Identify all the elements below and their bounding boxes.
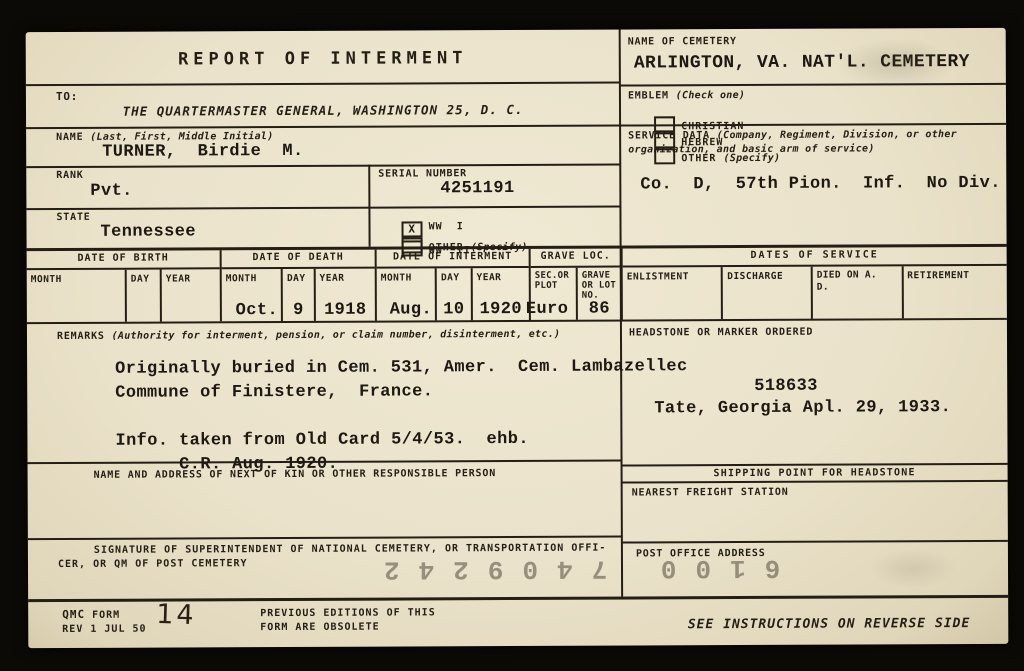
reverse-side-instructions: SEE INSTRUCTIONS ON REVERSE SIDE bbox=[478, 616, 970, 633]
col-label: DIED ON A. D. bbox=[813, 266, 902, 293]
shipping-bottom-line bbox=[622, 480, 1008, 484]
remarks-label: REMARKS (Authority for interment, pensio… bbox=[57, 328, 622, 344]
to-value: THE QUARTERMASTER GENERAL, WASHINGTON 25… bbox=[26, 102, 620, 120]
scan-smudge bbox=[868, 548, 958, 588]
col-label: ENLISTMENT bbox=[623, 267, 722, 283]
col-label: MONTH bbox=[27, 270, 125, 286]
signature-label-line2: CER, OR QM OF POST CEMETERY bbox=[58, 557, 248, 571]
col-value: 10 bbox=[437, 300, 471, 319]
rank-row-underline bbox=[26, 206, 620, 211]
service-data-value: Co. D, 57th Pion. Inf. No Div. bbox=[640, 174, 1001, 195]
date-of-death-header: DATE OF DEATH bbox=[222, 250, 375, 270]
headstone-order-place-date: Tate, Georgia Apl. 29, 1933. bbox=[654, 398, 951, 418]
form-id-bold: QMC bbox=[62, 608, 85, 621]
date-of-birth-section: DATE OF BIRTH MONTH DAY YEAR bbox=[27, 250, 220, 322]
col-value: 1920 bbox=[473, 300, 529, 319]
date-of-interment-header: DATE OF INTERMENT bbox=[377, 249, 529, 269]
obsolete-line1: PREVIOUS EDITIONS OF THIS bbox=[260, 606, 436, 621]
serial-number-value: 4251191 bbox=[440, 179, 514, 198]
col-value: Aug. bbox=[377, 300, 435, 319]
rank-label: RANK bbox=[56, 169, 83, 182]
form-id-rest: FORM bbox=[85, 610, 120, 621]
handwritten-form-number: 14 bbox=[156, 599, 197, 631]
col-label: YEAR bbox=[162, 269, 220, 285]
to-row-underline bbox=[26, 125, 620, 130]
obsolete-line2: FORM ARE OBSOLETE bbox=[260, 620, 436, 635]
state-label: STATE bbox=[56, 211, 90, 224]
headstone-order-number: 518633 bbox=[754, 377, 818, 396]
state-value: Tennessee bbox=[100, 222, 196, 241]
col-label: DAY bbox=[127, 270, 160, 286]
col-label: YEAR bbox=[472, 268, 528, 284]
emblem-label-text: EMBLEM bbox=[628, 90, 676, 101]
page-title: REPORT OF INTERMENT bbox=[26, 48, 620, 71]
rank-serial-divider bbox=[368, 165, 370, 247]
col-value: 9 bbox=[283, 301, 314, 320]
col-label: MONTH bbox=[222, 269, 281, 285]
grave-loc-header: GRAVE LOC. bbox=[531, 249, 621, 268]
name-row-underline bbox=[26, 164, 620, 169]
cemetery-underline bbox=[620, 83, 1006, 87]
remarks-label-italic: (Authority for interment, pension, or cl… bbox=[112, 329, 561, 342]
rank-value: Pvt. bbox=[90, 182, 133, 201]
col-label: DAY bbox=[283, 269, 314, 285]
dates-table: DATE OF BIRTH MONTH DAY YEAR DATE OF DEA… bbox=[27, 244, 1007, 324]
date-of-interment-section: DATE OF INTERMENT MONTHAug. DAY10 YEAR19… bbox=[375, 249, 529, 321]
form-id-block: QMC FORM REV 1 JUL 50 bbox=[62, 608, 146, 637]
col-value: Euro bbox=[526, 300, 576, 319]
name-label-italic: (Last, First, Middle Initial) bbox=[90, 131, 273, 143]
form-rev: REV 1 JUL 50 bbox=[62, 623, 146, 637]
interment-report-card: REPORT OF INTERMENT TO: THE QUARTERMASTE… bbox=[26, 28, 1009, 648]
service-data-label-text: SERVICE DATA bbox=[628, 130, 717, 141]
col-label: MONTH bbox=[377, 268, 435, 284]
col-label: GRAVE OR LOT NO. bbox=[578, 268, 621, 301]
col-value: 86 bbox=[578, 300, 621, 319]
emblem-label-italic: (Check one) bbox=[676, 90, 746, 101]
remarks-label-text: REMARKS bbox=[57, 331, 112, 342]
col-label: DISCHARGE bbox=[723, 267, 811, 283]
date-of-death-section: DATE OF DEATH MONTHOct. DAY9 YEAR1918 bbox=[220, 250, 375, 322]
remarks-text: Originally buried in Cem. 531, Amer. Cem… bbox=[115, 355, 688, 477]
name-value: TURNER, Birdie M. bbox=[102, 142, 304, 162]
kin-bottom-line bbox=[28, 536, 622, 541]
cemetery-name: ARLINGTON, VA. NAT'L. CEMETERY bbox=[634, 52, 970, 73]
cemetery-label: NAME OF CEMETERY bbox=[628, 35, 737, 48]
to-label: TO: bbox=[56, 90, 78, 103]
dates-of-service-header: DATES OF SERVICE bbox=[623, 247, 1007, 268]
col-label: DAY bbox=[437, 268, 471, 284]
nearest-freight-station-label: NEAREST FREIGHT STATION bbox=[632, 486, 789, 500]
col-value: 1918 bbox=[316, 301, 375, 320]
col-label: YEAR bbox=[315, 269, 374, 285]
date-of-birth-header: DATE OF BIRTH bbox=[27, 250, 220, 270]
col-value: Oct. bbox=[222, 301, 281, 320]
dates-of-service-section: DATES OF SERVICE ENLISTMENT DISCHARGE DI… bbox=[621, 247, 1007, 320]
headstone-ordered-label: HEADSTONE OR MARKER ORDERED bbox=[629, 326, 813, 340]
name-label-text: NAME bbox=[56, 132, 90, 143]
emblem-label: EMBLEM (Check one) bbox=[628, 89, 745, 103]
grave-location-section: GRAVE LOC. SEC.OR PLOTEuro GRAVE OR LOT … bbox=[529, 249, 621, 320]
title-underline bbox=[26, 82, 620, 87]
col-label: RETIREMENT bbox=[903, 266, 1007, 282]
freight-bottom-line bbox=[622, 540, 1008, 544]
service-data-label: SERVICE DATA (Company, Regiment, Divisio… bbox=[628, 128, 996, 157]
obsolete-notice: PREVIOUS EDITIONS OF THIS FORM ARE OBSOL… bbox=[260, 606, 436, 635]
upside-down-serial-stamp: 6100 7409242 bbox=[365, 553, 780, 585]
col-label: SEC.OR PLOT bbox=[531, 268, 576, 291]
